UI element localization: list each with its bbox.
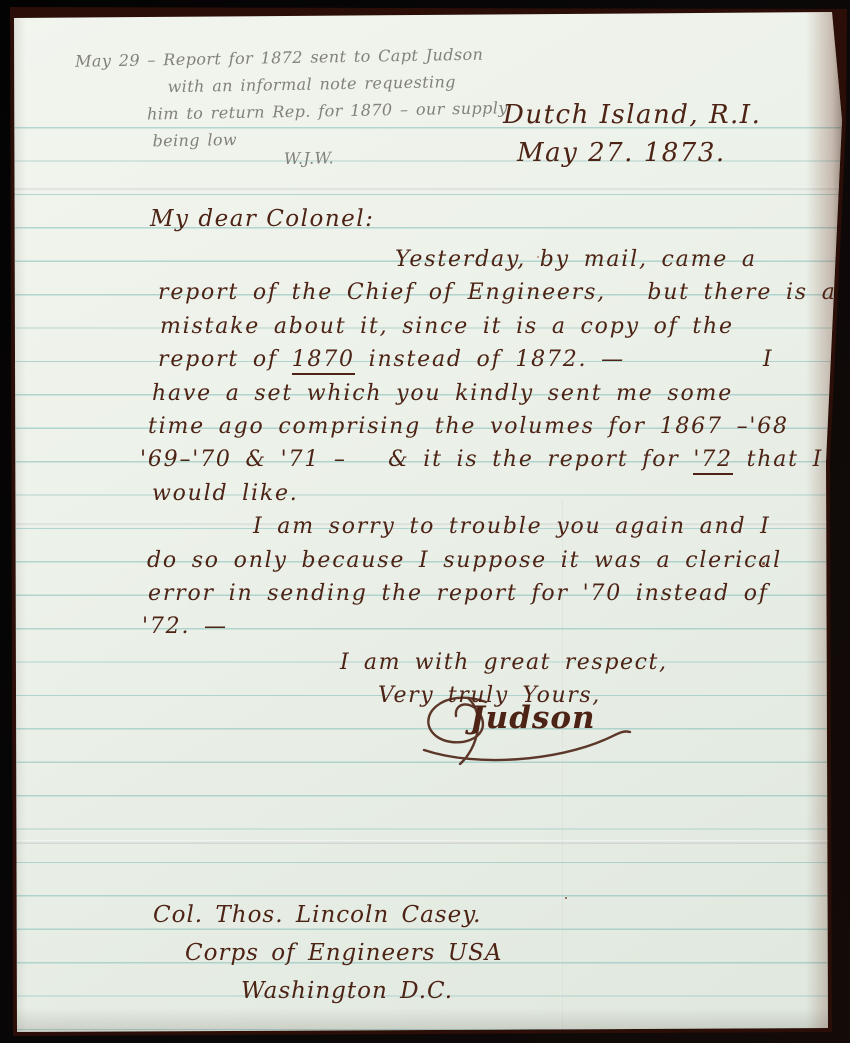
body-text: error in sending the report for '70 inst… [148, 581, 769, 606]
address-line: Washington D.C. [241, 972, 503, 1010]
salutation: My dear Colonel: [150, 206, 374, 232]
paper-bottom-shading [0, 1008, 850, 1043]
body-line: report of the Chief of Engineers, but th… [158, 276, 837, 309]
body-text: time ago comprising the volumes for 1867… [148, 414, 789, 439]
body-text: do so only because I suppose it was a cl… [147, 548, 782, 573]
address-block: Col. Thos. Lincoln Casey.Corps of Engine… [153, 896, 503, 1010]
underlined-text: 1870 [292, 347, 355, 375]
body-line: time ago comprising the volumes for 1867… [148, 410, 837, 443]
letter-paper: May 29 – Report for 1872 sent to Capt Ju… [0, 0, 850, 1043]
closing-line: I am with great respect, [340, 646, 668, 679]
body-text: I am sorry to trouble you again and I [253, 514, 771, 539]
body-text: mistake about it, since it is a copy of … [160, 314, 734, 339]
body-line: '69–'70 & '71 – & it is the report for '… [140, 443, 837, 476]
body-text: report of the Chief of Engineers, but th… [158, 280, 837, 305]
photo-background: May 29 – Report for 1872 sent to Capt Ju… [0, 0, 850, 1043]
body-text: '69–'70 & '71 – & it is the report for [140, 447, 693, 472]
signature: Judson [470, 700, 596, 736]
body-line: would like. [152, 477, 837, 510]
body-line: have a set which you kindly sent me some [152, 377, 837, 410]
body-text: would like. [152, 481, 299, 506]
address-line: Col. Thos. Lincoln Casey. [153, 896, 503, 934]
body-line: '72. — [142, 610, 837, 643]
body-text: '72. — [142, 614, 228, 639]
dateline-block: Dutch Island, R.I. May 27. 1873. [503, 96, 761, 172]
body-text: have a set which you kindly sent me some [152, 381, 733, 406]
body-line: Yesterday, by mail, came a [395, 243, 837, 276]
body-line: do so only because I suppose it was a cl… [147, 544, 837, 577]
fold-crease-top [0, 186, 850, 190]
body-text: that I [733, 447, 823, 472]
underlined-text: '72 [693, 447, 732, 475]
body-line: mistake about it, since it is a copy of … [160, 310, 837, 343]
paper-speck [565, 897, 567, 899]
letter-body: Yesterday, by mail, came areport of the … [140, 243, 837, 644]
dateline-place: Dutch Island, R.I. [503, 96, 761, 134]
signature-block: Judson [408, 688, 638, 768]
address-line: Corps of Engineers USA [185, 934, 503, 972]
body-text: instead of 1872. — I [355, 347, 774, 372]
body-text: Yesterday, by mail, came a [395, 247, 757, 272]
body-line: report of 1870 instead of 1872. — I [158, 343, 837, 376]
pencil-annotation: May 29 – Report for 1872 sent to Capt Ju… [75, 40, 509, 176]
pencil-line: W.J.W. [284, 141, 509, 172]
body-line: error in sending the report for '70 inst… [148, 577, 837, 610]
body-text: report of [158, 347, 292, 372]
fold-crease-bottom [0, 840, 850, 844]
body-line: I am sorry to trouble you again and I [253, 510, 837, 543]
dateline-date: May 27. 1873. [517, 134, 761, 172]
